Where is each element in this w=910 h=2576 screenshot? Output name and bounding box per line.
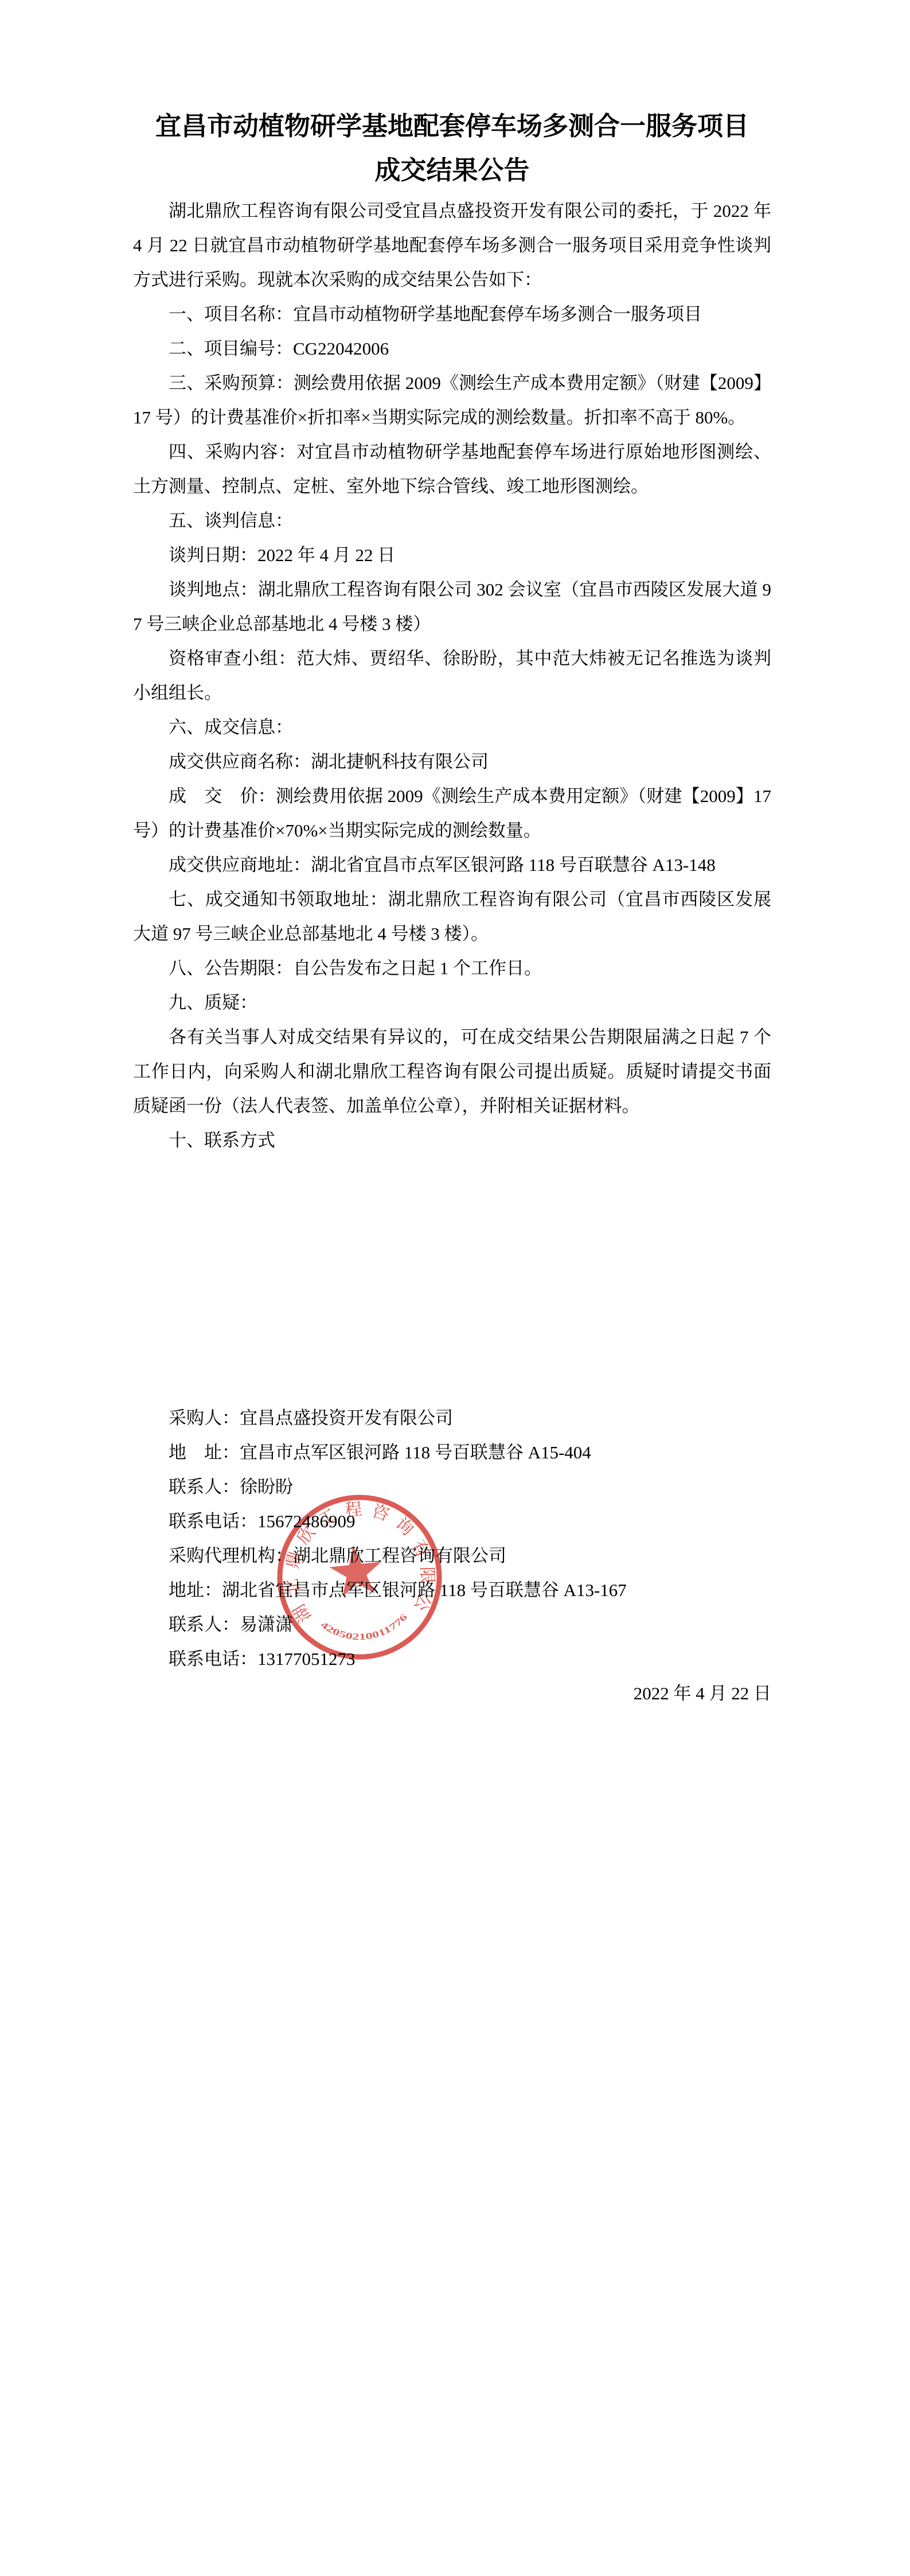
paragraph: 谈判地点：湖北鼎欣工程咨询有限公司 302 会议室（宜昌市西陵区发展大道 97 … bbox=[133, 573, 771, 641]
paragraph: 2022 年 4 月 22 日 bbox=[133, 1676, 771, 1711]
paragraph: 八、公告期限：自公告发布之日起 1 个工作日。 bbox=[133, 951, 771, 986]
paragraph: 成交供应商地址：湖北省宜昌市点军区银河路 118 号百联慧谷 A13-148 bbox=[133, 848, 771, 882]
paragraph: 地 址：宜昌市点军区银河路 118 号百联慧谷 A15-404 bbox=[133, 1435, 771, 1470]
paragraph: 成交供应商名称：湖北捷帆科技有限公司 bbox=[133, 745, 771, 779]
paragraph: 资格审查小组：范大炜、贾绍华、徐盼盼，其中范大炜被无记名推选为谈判小组组长。 bbox=[133, 641, 771, 710]
paragraph: 各有关当事人对成交结果有异议的，可在成交结果公告期限届满之日起 7 个工作日内，… bbox=[133, 1020, 771, 1123]
title-line-1: 宜昌市动植物研学基地配套停车场多测合一服务项目 bbox=[133, 104, 771, 149]
paragraph: 十、联系方式 bbox=[133, 1123, 771, 1158]
document-title: 宜昌市动植物研学基地配套停车场多测合一服务项目 成交结果公告 bbox=[133, 104, 771, 193]
paragraph: 三、采购预算：测绘费用依据 2009《测绘生产成本费用定额》（财建【2009】1… bbox=[133, 366, 771, 435]
paragraph: 九、质疑： bbox=[133, 986, 771, 1020]
svg-text:42050210011776: 42050210011776 bbox=[318, 1611, 411, 1647]
paragraph: 二、项目编号：CG22042006 bbox=[133, 332, 771, 366]
document-page: 宜昌市动植物研学基地配套停车场多测合一服务项目 成交结果公告 湖北鼎欣工程咨询有… bbox=[0, 0, 910, 2576]
paragraph: 五、谈判信息： bbox=[133, 504, 771, 538]
document-content: 宜昌市动植物研学基地配套停车场多测合一服务项目 成交结果公告 湖北鼎欣工程咨询有… bbox=[133, 104, 771, 1711]
seal-star-icon bbox=[327, 1543, 385, 1598]
paragraph: 六、成交信息： bbox=[133, 710, 771, 745]
paragraph: 谈判日期：2022 年 4 月 22 日 bbox=[133, 538, 771, 573]
paragraph: 湖北鼎欣工程咨询有限公司受宜昌点盛投资开发有限公司的委托，于 2022 年 4 … bbox=[133, 194, 771, 297]
title-line-2: 成交结果公告 bbox=[133, 149, 771, 193]
paragraph: 成 交 价：测绘费用依据 2009《测绘生产成本费用定额》（财建【2009】17… bbox=[133, 779, 771, 848]
paragraph: 一、项目名称：宜昌市动植物研学基地配套停车场多测合一服务项目 bbox=[133, 297, 771, 332]
paragraph: 四、采购内容：对宜昌市动植物研学基地配套停车场进行原始地形图测绘、土方测量、控制… bbox=[133, 435, 771, 504]
paragraph: 七、成交通知书领取地址：湖北鼎欣工程咨询有限公司（宜昌市西陵区发展大道 97 号… bbox=[133, 882, 771, 951]
paragraph: 采购人：宜昌点盛投资开发有限公司 bbox=[133, 1401, 771, 1435]
company-seal-stamp: 湖北鼎欣工程咨询有限公司 42050210011776 bbox=[265, 1482, 454, 1672]
seal-number-text: 42050210011776 bbox=[318, 1611, 411, 1647]
